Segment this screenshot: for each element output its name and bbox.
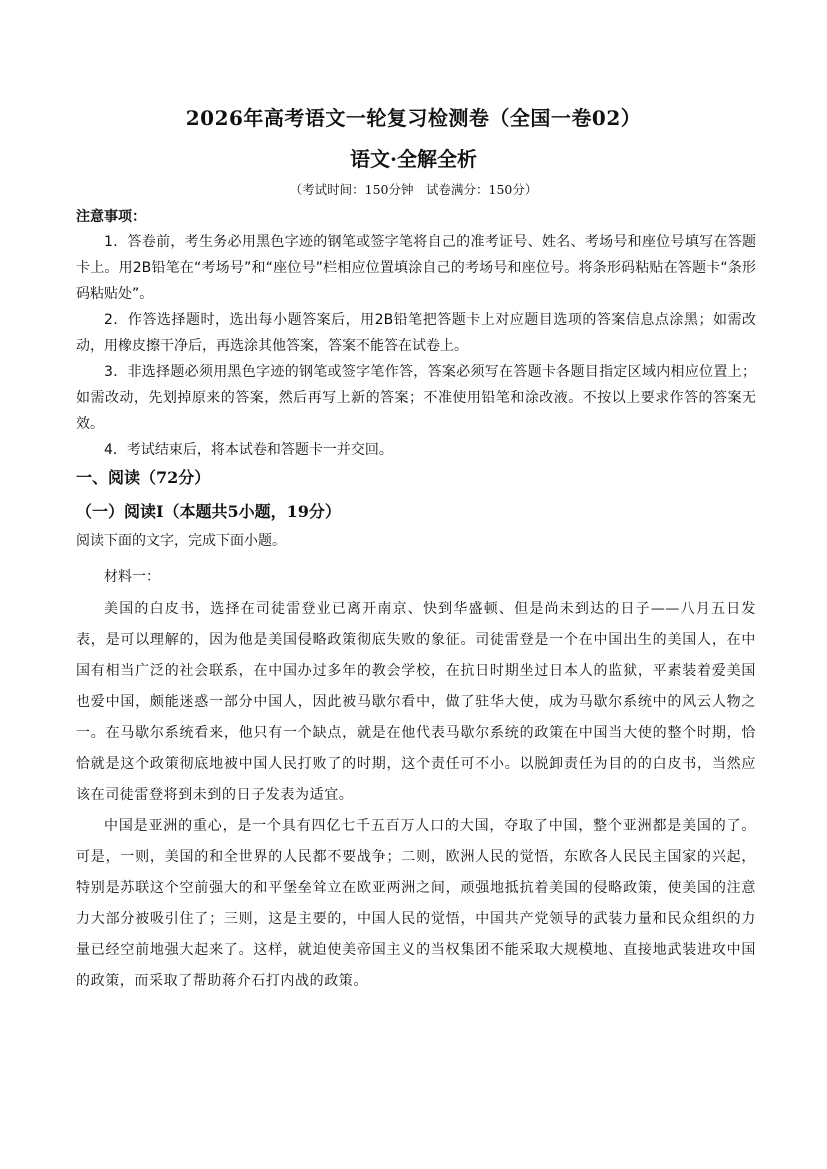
note-item: 4．考试结束后，将本试卷和答题卡一并交回。 xyxy=(76,437,756,463)
document-title: 2026年高考语文一轮复习检测卷（全国一卷02） xyxy=(0,102,827,131)
reading-instruction: 阅读下面的文字，完成下面小题。 xyxy=(76,530,756,550)
note-item: 1．答卷前，考生务必用黑色字迹的钢笔或签字笔将自己的准考证号、姓名、考场号和座位… xyxy=(76,229,756,307)
notes-list: 1．答卷前，考生务必用黑色字迹的钢笔或签字笔将自己的准考证号、姓名、考场号和座位… xyxy=(76,229,756,463)
document-subtitle: 语文·全解全析 xyxy=(0,143,827,172)
note-item: 2．作答选择题时，选出每小题答案后，用2B铅笔把答题卡上对应题目选项的答案信息点… xyxy=(76,307,756,359)
passage-paragraph: 中国是亚洲的重心，是一个具有四亿七千五百万人口的大国，夺取了中国，整个亚洲都是美… xyxy=(76,811,756,997)
exam-info: （考试时间：150分钟 试卷满分：150分） xyxy=(0,180,827,198)
reading-passage: 美国的白皮书，选择在司徒雷登业已离开南京、快到华盛顿、但是尚未到达的日子——八月… xyxy=(76,594,756,997)
section-heading: 一、阅读（72分） xyxy=(76,465,756,488)
passage-paragraph: 美国的白皮书，选择在司徒雷登业已离开南京、快到华盛顿、但是尚未到达的日子——八月… xyxy=(76,594,756,811)
document-page: 2026年高考语文一轮复习检测卷（全国一卷02） 语文·全解全析 （考试时间：1… xyxy=(0,0,827,1169)
subsection-heading: （一）阅读I（本题共5小题，19分） xyxy=(76,499,756,522)
material-label: 材料一： xyxy=(104,566,304,586)
notes-heading: 注意事项： xyxy=(76,206,756,226)
note-item: 3．非选择题必须用黑色字迹的钢笔或签字笔作答，答案必须写在答题卡各题目指定区域内… xyxy=(76,359,756,437)
